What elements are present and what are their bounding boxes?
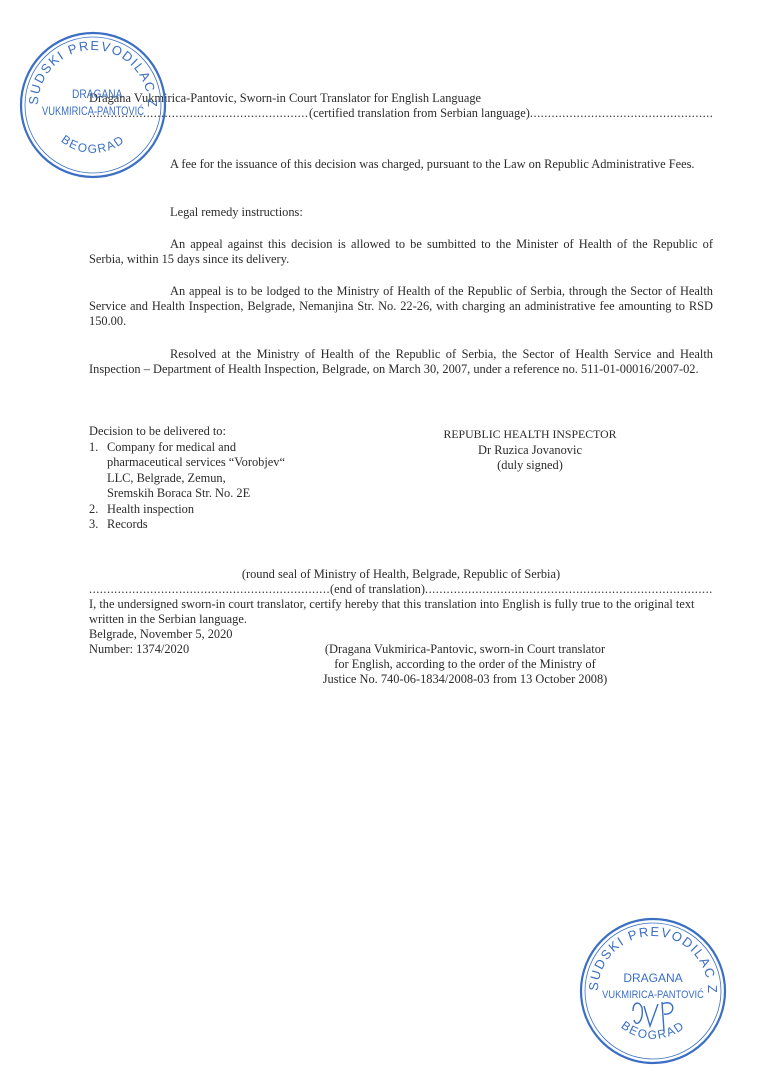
translator-seal-bottom: SUDSKI PREVODILAC ZA ENGLESKI JEZIK BEOG… [578,916,728,1066]
round-stamp-icon: SUDSKI PREVODILAC ZA ENGLESKI JEZIK BEOG… [578,916,728,1066]
svg-text:BEOGRAD: BEOGRAD [619,1018,688,1042]
svg-text:VUKMIRICA-PANTOVIĆ: VUKMIRICA-PANTOVIĆ [42,104,144,118]
dotted-leader: ........................................… [425,582,713,597]
svg-text:VUKMIRICA-PANTOVIĆ: VUKMIRICA-PANTOVIĆ [602,987,704,1001]
certified-translation-line: ........................................… [89,106,713,121]
translator-note: (Dragana Vukmirica-Pantovic, sworn-in Co… [300,642,630,687]
certification-line-1: I, the undersigned sworn-in court transl… [89,597,694,612]
place-date: Belgrade, November 5, 2020 [89,627,233,642]
certified-label: (certified translation from Serbian lang… [309,106,530,121]
delivery-item: 2. Health inspection [89,502,389,518]
certification-number: Number: 1374/2020 [89,642,189,657]
inspector-title: REPUBLIC HEALTH INSPECTOR [420,427,640,443]
svg-text:DRAGANA: DRAGANA [72,88,123,101]
svg-text:DRAGANA: DRAGANA [623,971,682,985]
legal-remedy-heading: Legal remedy instructions: [170,205,303,220]
end-of-translation-label: (end of translation) [330,582,425,597]
dotted-leader: ........................................… [89,582,330,597]
certification-line-2: written in the Serbian language. [89,612,247,627]
inspector-signed-note: (duly signed) [420,458,640,474]
round-seal-note: (round seal of Ministry of Health, Belgr… [89,567,713,582]
appeal-paragraph-1: An appeal against this decision is allow… [89,237,713,267]
appeal-paragraph-2: An appeal is to be lodged to the Ministr… [89,284,713,329]
delivery-heading: Decision to be delivered to: [89,424,389,440]
svg-text:BEOGRAD: BEOGRAD [59,132,128,156]
inspector-block: REPUBLIC HEALTH INSPECTOR Dr Ruzica Jova… [420,427,640,474]
delivery-item: 3. Records [89,517,389,533]
delivery-list: Decision to be delivered to: 1. Company … [89,424,389,533]
end-of-translation-line: ........................................… [89,582,713,597]
resolved-paragraph: Resolved at the Ministry of Health of th… [89,347,713,377]
fee-paragraph: A fee for the issuance of this decision … [89,157,713,172]
delivery-item: 1. Company for medical and pharmaceutica… [89,440,389,502]
inspector-name: Dr Ruzica Jovanovic [420,443,640,459]
dotted-leader: ........................................… [530,106,713,121]
